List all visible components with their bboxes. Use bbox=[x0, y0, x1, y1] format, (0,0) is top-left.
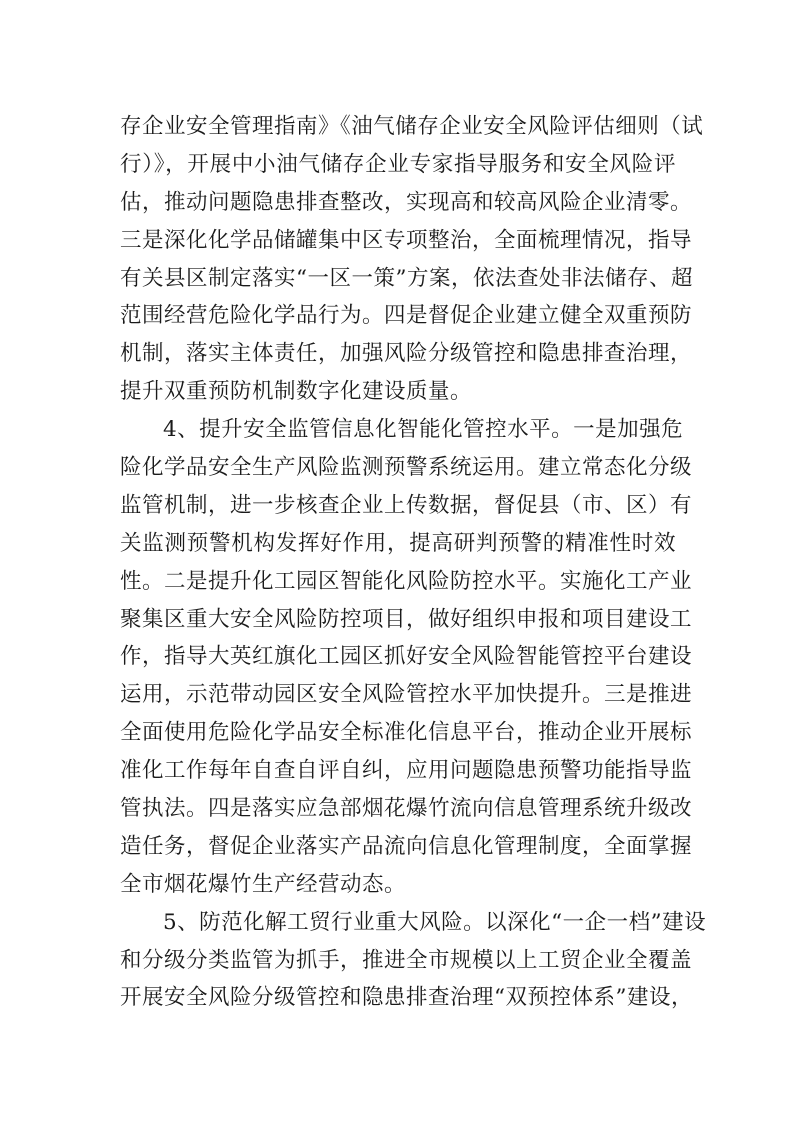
text-line: 运用，示范带动园区安全风险管控水平加快提升。三是推进 bbox=[120, 676, 676, 714]
text-line: 行）》，开展中小油气储存企业专家指导服务和安全风险评 bbox=[120, 146, 676, 184]
section-heading-line: 4、提升安全监管信息化智能化管控水平。一是加强危 bbox=[120, 411, 676, 449]
document-body: 存企业安全管理指南》《油气储存企业安全风险评估细则（试 行）》，开展中小油气储存… bbox=[120, 108, 676, 1017]
text-line: 性。二是提升化工园区智能化风险防控水平。实施化工产业 bbox=[120, 563, 676, 601]
text-line: 全市烟花爆竹生产经营动态。 bbox=[120, 866, 676, 904]
text-line: 险化学品安全生产风险监测预警系统运用。建立常态化分级 bbox=[120, 449, 676, 487]
text-line: 三是深化化学品储罐集中区专项整治，全面梳理情况，指导 bbox=[120, 222, 676, 260]
text-line: 全面使用危险化学品安全标准化信息平台，推动企业开展标 bbox=[120, 714, 676, 752]
text-line: 开展安全风险分级管控和隐患排查治理“双预控体系”建设， bbox=[120, 979, 676, 1017]
text-line: 有关县区制定落实“一区一策”方案，依法查处非法储存、超 bbox=[120, 260, 676, 298]
text-line: 和分级分类监管为抓手，推进全市规模以上工贸企业全覆盖 bbox=[120, 942, 676, 980]
text-line: 监管机制，进一步核查企业上传数据，督促县（市、区）有 bbox=[120, 487, 676, 525]
text-line: 作，指导大英红旗化工园区抓好安全风险智能管控平台建设 bbox=[120, 638, 676, 676]
section-heading-line: 5、防范化解工贸行业重大风险。以深化“一企一档”建设 bbox=[120, 904, 676, 942]
text-line: 管执法。四是落实应急部烟花爆竹流向信息管理系统升级改 bbox=[120, 790, 676, 828]
paragraph-section-4: 4、提升安全监管信息化智能化管控水平。一是加强危 险化学品安全生产风险监测预警系… bbox=[120, 411, 676, 904]
text-line: 造任务，督促企业落实产品流向信息化管理制度，全面掌握 bbox=[120, 828, 676, 866]
paragraph-continuation: 存企业安全管理指南》《油气储存企业安全风险评估细则（试 行）》，开展中小油气储存… bbox=[120, 108, 676, 411]
text-line: 提升双重预防机制数字化建设质量。 bbox=[120, 373, 676, 411]
text-line: 估，推动问题隐患排查整改，实现高和较高风险企业清零。 bbox=[120, 184, 676, 222]
text-line: 存企业安全管理指南》《油气储存企业安全风险评估细则（试 bbox=[120, 108, 676, 146]
document-page: 存企业安全管理指南》《油气储存企业安全风险评估细则（试 行）》，开展中小油气储存… bbox=[0, 0, 793, 1122]
text-line: 机制，落实主体责任，加强风险分级管控和隐患排查治理， bbox=[120, 335, 676, 373]
text-line: 范围经营危险化学品行为。四是督促企业建立健全双重预防 bbox=[120, 297, 676, 335]
text-line: 关监测预警机构发挥好作用，提高研判预警的精准性时效 bbox=[120, 525, 676, 563]
text-line: 准化工作每年自查自评自纠，应用问题隐患预警功能指导监 bbox=[120, 752, 676, 790]
paragraph-section-5: 5、防范化解工贸行业重大风险。以深化“一企一档”建设 和分级分类监管为抓手，推进… bbox=[120, 904, 676, 1018]
text-line: 聚集区重大安全风险防控项目，做好组织申报和项目建设工 bbox=[120, 601, 676, 639]
